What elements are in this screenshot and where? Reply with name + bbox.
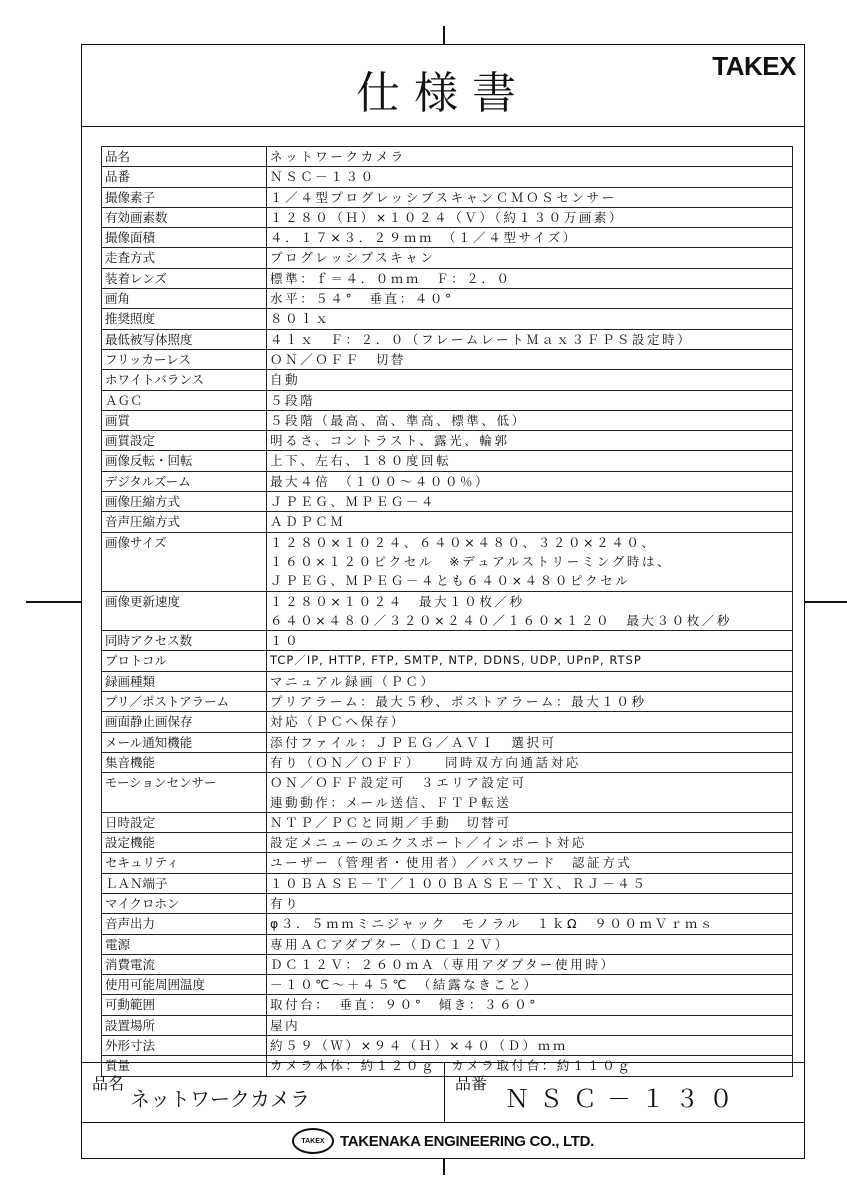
spec-value: ＤＣ１２Ｖ：２６０ｍＡ（専用アダプター使用時） [267, 954, 793, 974]
spec-label: 音声圧縮方式 [102, 512, 267, 532]
spec-value: 連動動作：メール送信、ＦＴＰ転送 [267, 793, 793, 813]
spec-label: 同時アクセス数 [102, 631, 267, 651]
spec-row: デジタルズーム最大４倍 （１００～４００％） [102, 471, 793, 491]
spec-label: 最低被写体照度 [102, 329, 267, 349]
spec-value: ４ｌｘ Ｆ：２．０（フレームレートＭａｘ３ＦＰＳ設定時） [267, 329, 793, 349]
spec-value: ユーザー（管理者・使用者）／パスワード 認証方式 [267, 853, 793, 873]
spec-row: モーションセンサーＯＮ／ＯＦＦ設定可 ３エリア設定可 [102, 773, 793, 793]
spec-label: 有効画素数 [102, 207, 267, 227]
spec-value: ＮＳＣ－１３０ [267, 167, 793, 187]
spec-row: 画質５段階（最高、高、準高、標準、低） [102, 410, 793, 430]
product-number-value: ＮＳＣ－１３０ [505, 1079, 743, 1114]
spec-row: ＬＡＮ端子１０ＢＡＳＥ－Ｔ／１００ＢＡＳＥ－ＴＸ、ＲＪ－４５ [102, 873, 793, 893]
spec-value: ８０ｌｘ [267, 309, 793, 329]
crop-mark-left [26, 601, 81, 603]
spec-row: プロトコルTCP／IP, HTTP, FTP, SMTP, NTP, DDNS,… [102, 651, 793, 671]
spec-row: 消費電流ＤＣ１２Ｖ：２６０ｍＡ（専用アダプター使用時） [102, 954, 793, 974]
spec-label: 可動範囲 [102, 995, 267, 1015]
spec-label: マイクロホン [102, 893, 267, 913]
spec-value: プログレッシブスキャン [267, 248, 793, 268]
product-name-label: 品名 [92, 1071, 124, 1094]
spec-value: 添付ファイル：ＪＰＥＧ／ＡＶＩ 選択可 [267, 732, 793, 752]
spec-label: 品名 [102, 147, 267, 167]
spec-value: φ３．５ｍｍミニジャック モノラル １ｋΩ ９００ｍＶｒｍｓ [267, 914, 793, 934]
spec-row: 設定機能設定メニューのエクスポート／インポート対応 [102, 833, 793, 853]
spec-label: 画質設定 [102, 431, 267, 451]
spec-label: 集音機能 [102, 752, 267, 772]
spec-row: 撮像面積４．１７×３．２９ｍｍ （１／４型サイズ） [102, 228, 793, 248]
footer-product-info: 品名 ネットワークカメラ 品番 ＮＳＣ－１３０ [82, 1062, 804, 1123]
spec-row: 最低被写体照度４ｌｘ Ｆ：２．０（フレームレートＭａｘ３ＦＰＳ設定時） [102, 329, 793, 349]
spec-label: ＬＡＮ端子 [102, 873, 267, 893]
spec-value: 上下、左右、１８０度回転 [267, 451, 793, 471]
spec-value: ＡＤＰＣＭ [267, 512, 793, 532]
page-title: 仕様書 [82, 57, 804, 121]
spec-value: 専用ＡＣアダプター（ＤＣ１２Ｖ） [267, 934, 793, 954]
spec-label: 使用可能周囲温度 [102, 975, 267, 995]
spec-value: ＪＰＥＧ、ＭＰＥＧ－４とも６４０×４８０ピクセル [267, 571, 793, 591]
spec-value: －１０℃～＋４５℃ （結露なきこと） [267, 975, 793, 995]
spec-label: 推奨照度 [102, 309, 267, 329]
spec-value: １６０×１２０ピクセル ※デュアルストリーミング時は、 [267, 552, 793, 571]
spec-row: 録画種類マニュアル録画（ＰＣ） [102, 671, 793, 691]
spec-label: プリ／ポストアラーム [102, 692, 267, 712]
spec-value: 最大４倍 （１００～４００％） [267, 471, 793, 491]
spec-row: 有効画素数１２８０（Ｈ）×１０２４（Ｖ）（約１３０万画素） [102, 207, 793, 227]
spec-label: 画像反転・回転 [102, 451, 267, 471]
spec-value: ４．１７×３．２９ｍｍ （１／４型サイズ） [267, 228, 793, 248]
spec-row: 画像サイズ１２８０×１０２４、６４０×４８０、３２０×２４０、 [102, 532, 793, 552]
spec-value: １０ＢＡＳＥ－Ｔ／１００ＢＡＳＥ－ＴＸ、ＲＪ－４５ [267, 873, 793, 893]
spec-label: 音声出力 [102, 914, 267, 934]
spec-value: マニュアル録画（ＰＣ） [267, 671, 793, 691]
spec-value: ＪＰＥＧ、ＭＰＥＧ－４ [267, 492, 793, 512]
spec-label: 録画種類 [102, 671, 267, 691]
spec-row: 音声圧縮方式ＡＤＰＣＭ [102, 512, 793, 532]
spec-label: プロトコル [102, 651, 267, 671]
spec-value: ５段階 [267, 390, 793, 410]
logo-text: TAKEX [301, 1138, 324, 1145]
spec-row: 音声出力φ３．５ｍｍミニジャック モノラル １ｋΩ ９００ｍＶｒｍｓ [102, 914, 793, 934]
spec-row: 画質設定明るさ、コントラスト、露光、輪郭 [102, 431, 793, 451]
company-footer: TAKEX TAKENAKA ENGINEERING CO., LTD. [82, 1122, 804, 1160]
spec-value: 水平：５４° 垂直：４０° [267, 289, 793, 309]
spec-value: ５段階（最高、高、準高、標準、低） [267, 410, 793, 430]
spec-row: 可動範囲取付台： 垂直：９０° 傾き：３６０° [102, 995, 793, 1015]
spec-row: ホワイトバランス自動 [102, 370, 793, 390]
spec-label: 走査方式 [102, 248, 267, 268]
spec-sheet-frame: 仕様書 TAKEX 品名ネットワークカメラ品番ＮＳＣ－１３０撮像素子１／４型プロ… [81, 44, 805, 1159]
spec-value: 有り（ＯＮ／ＯＦＦ） 同時双方向通話対応 [267, 752, 793, 772]
spec-label: 装着レンズ [102, 268, 267, 288]
crop-mark-bottom [443, 1159, 445, 1175]
spec-value: 自動 [267, 370, 793, 390]
spec-row: マイクロホン有り [102, 893, 793, 913]
spec-row: 画像圧縮方式ＪＰＥＧ、ＭＰＥＧ－４ [102, 492, 793, 512]
spec-row: 日時設定ＮＴＰ／ＰＣと同期／手動 切替可 [102, 812, 793, 832]
crop-mark-top [443, 26, 445, 44]
spec-label: 画質 [102, 410, 267, 430]
spec-value: 対応（ＰＣへ保存） [267, 712, 793, 732]
spec-row: 画角水平：５４° 垂直：４０° [102, 289, 793, 309]
spec-value: １２８０（Ｈ）×１０２４（Ｖ）（約１３０万画素） [267, 207, 793, 227]
product-number-label: 品番 [455, 1071, 487, 1094]
spec-label: フリッカーレス [102, 349, 267, 369]
spec-label: 電源 [102, 934, 267, 954]
spec-label: モーションセンサー [102, 773, 267, 813]
spec-value: １０ [267, 631, 793, 651]
spec-row: 使用可能周囲温度－１０℃～＋４５℃ （結露なきこと） [102, 975, 793, 995]
footer-product-name: 品名 ネットワークカメラ [82, 1063, 445, 1122]
spec-label: 設置場所 [102, 1015, 267, 1035]
footer-product-number: 品番 ＮＳＣ－１３０ [445, 1063, 804, 1122]
spec-value: 約５９（Ｗ）×９４（Ｈ）×４０（Ｄ）ｍｍ [267, 1036, 793, 1056]
brand-logo: TAKEX [712, 51, 796, 82]
spec-value: 取付台： 垂直：９０° 傾き：３６０° [267, 995, 793, 1015]
spec-table: 品名ネットワークカメラ品番ＮＳＣ－１３０撮像素子１／４型プログレッシブスキャンＣ… [101, 146, 793, 1077]
company-name: TAKENAKA ENGINEERING CO., LTD. [340, 1133, 594, 1150]
spec-value: １／４型プログレッシブスキャンＣＭＯＳセンサー [267, 187, 793, 207]
spec-label: メール通知機能 [102, 732, 267, 752]
spec-label: 画像更新速度 [102, 591, 267, 631]
spec-label: 画像サイズ [102, 532, 267, 591]
spec-value: １２８０×１０２４、６４０×４８０、３２０×２４０、 [267, 532, 793, 552]
spec-row: 集音機能有り（ＯＮ／ＯＦＦ） 同時双方向通話対応 [102, 752, 793, 772]
spec-row: 画像更新速度１２８０×１０２４ 最大１０枚／秒 [102, 591, 793, 611]
takex-logo-icon: TAKEX [292, 1128, 334, 1154]
spec-row: 電源専用ＡＣアダプター（ＤＣ１２Ｖ） [102, 934, 793, 954]
spec-value: 屋内 [267, 1015, 793, 1035]
spec-label: 画像圧縮方式 [102, 492, 267, 512]
spec-label: ホワイトバランス [102, 370, 267, 390]
spec-row: 撮像素子１／４型プログレッシブスキャンＣＭＯＳセンサー [102, 187, 793, 207]
spec-value: ＯＮ／ＯＦＦ 切替 [267, 349, 793, 369]
spec-label: 設定機能 [102, 833, 267, 853]
spec-value: ＯＮ／ＯＦＦ設定可 ３エリア設定可 [267, 773, 793, 793]
spec-label: 画角 [102, 289, 267, 309]
sheet-header: 仕様書 TAKEX [82, 45, 804, 127]
spec-row: 設置場所屋内 [102, 1015, 793, 1035]
spec-row: プリ／ポストアラームプリアラーム：最大５秒、ポストアラーム：最大１０秒 [102, 692, 793, 712]
spec-value: １２８０×１０２４ 最大１０枚／秒 [267, 591, 793, 611]
spec-row: 同時アクセス数１０ [102, 631, 793, 651]
spec-value: ネットワークカメラ [267, 147, 793, 167]
spec-row: 推奨照度８０ｌｘ [102, 309, 793, 329]
spec-label: 外形寸法 [102, 1036, 267, 1056]
spec-value: プリアラーム：最大５秒、ポストアラーム：最大１０秒 [267, 692, 793, 712]
spec-row: 画面静止画保存対応（ＰＣへ保存） [102, 712, 793, 732]
spec-row: 装着レンズ標準：ｆ＝４．０ｍｍ Ｆ：２．０ [102, 268, 793, 288]
spec-row: セキュリティユーザー（管理者・使用者）／パスワード 認証方式 [102, 853, 793, 873]
spec-row: 品番ＮＳＣ－１３０ [102, 167, 793, 187]
spec-label: 日時設定 [102, 812, 267, 832]
spec-value: ＮＴＰ／ＰＣと同期／手動 切替可 [267, 812, 793, 832]
spec-label: 撮像面積 [102, 228, 267, 248]
product-name-value: ネットワークカメラ [130, 1083, 310, 1112]
spec-label: 撮像素子 [102, 187, 267, 207]
spec-label: セキュリティ [102, 853, 267, 873]
spec-row: フリッカーレスＯＮ／ＯＦＦ 切替 [102, 349, 793, 369]
spec-value: 標準：ｆ＝４．０ｍｍ Ｆ：２．０ [267, 268, 793, 288]
spec-row: メール通知機能添付ファイル：ＪＰＥＧ／ＡＶＩ 選択可 [102, 732, 793, 752]
crop-mark-right [805, 601, 847, 603]
spec-label: ＡＧＣ [102, 390, 267, 410]
spec-row: 外形寸法約５９（Ｗ）×９４（Ｈ）×４０（Ｄ）ｍｍ [102, 1036, 793, 1056]
spec-row: 画像反転・回転上下、左右、１８０度回転 [102, 451, 793, 471]
spec-value: 有り [267, 893, 793, 913]
spec-value: 設定メニューのエクスポート／インポート対応 [267, 833, 793, 853]
spec-label: デジタルズーム [102, 471, 267, 491]
spec-label: 画面静止画保存 [102, 712, 267, 732]
spec-value: 明るさ、コントラスト、露光、輪郭 [267, 431, 793, 451]
spec-row: ＡＧＣ５段階 [102, 390, 793, 410]
spec-row: 走査方式プログレッシブスキャン [102, 248, 793, 268]
spec-row: 品名ネットワークカメラ [102, 147, 793, 167]
spec-value: TCP／IP, HTTP, FTP, SMTP, NTP, DDNS, UDP,… [267, 651, 793, 671]
spec-value: ６４０×４８０／３２０×２４０／１６０×１２０ 最大３０枚／秒 [267, 611, 793, 631]
spec-label: 品番 [102, 167, 267, 187]
spec-label: 消費電流 [102, 954, 267, 974]
